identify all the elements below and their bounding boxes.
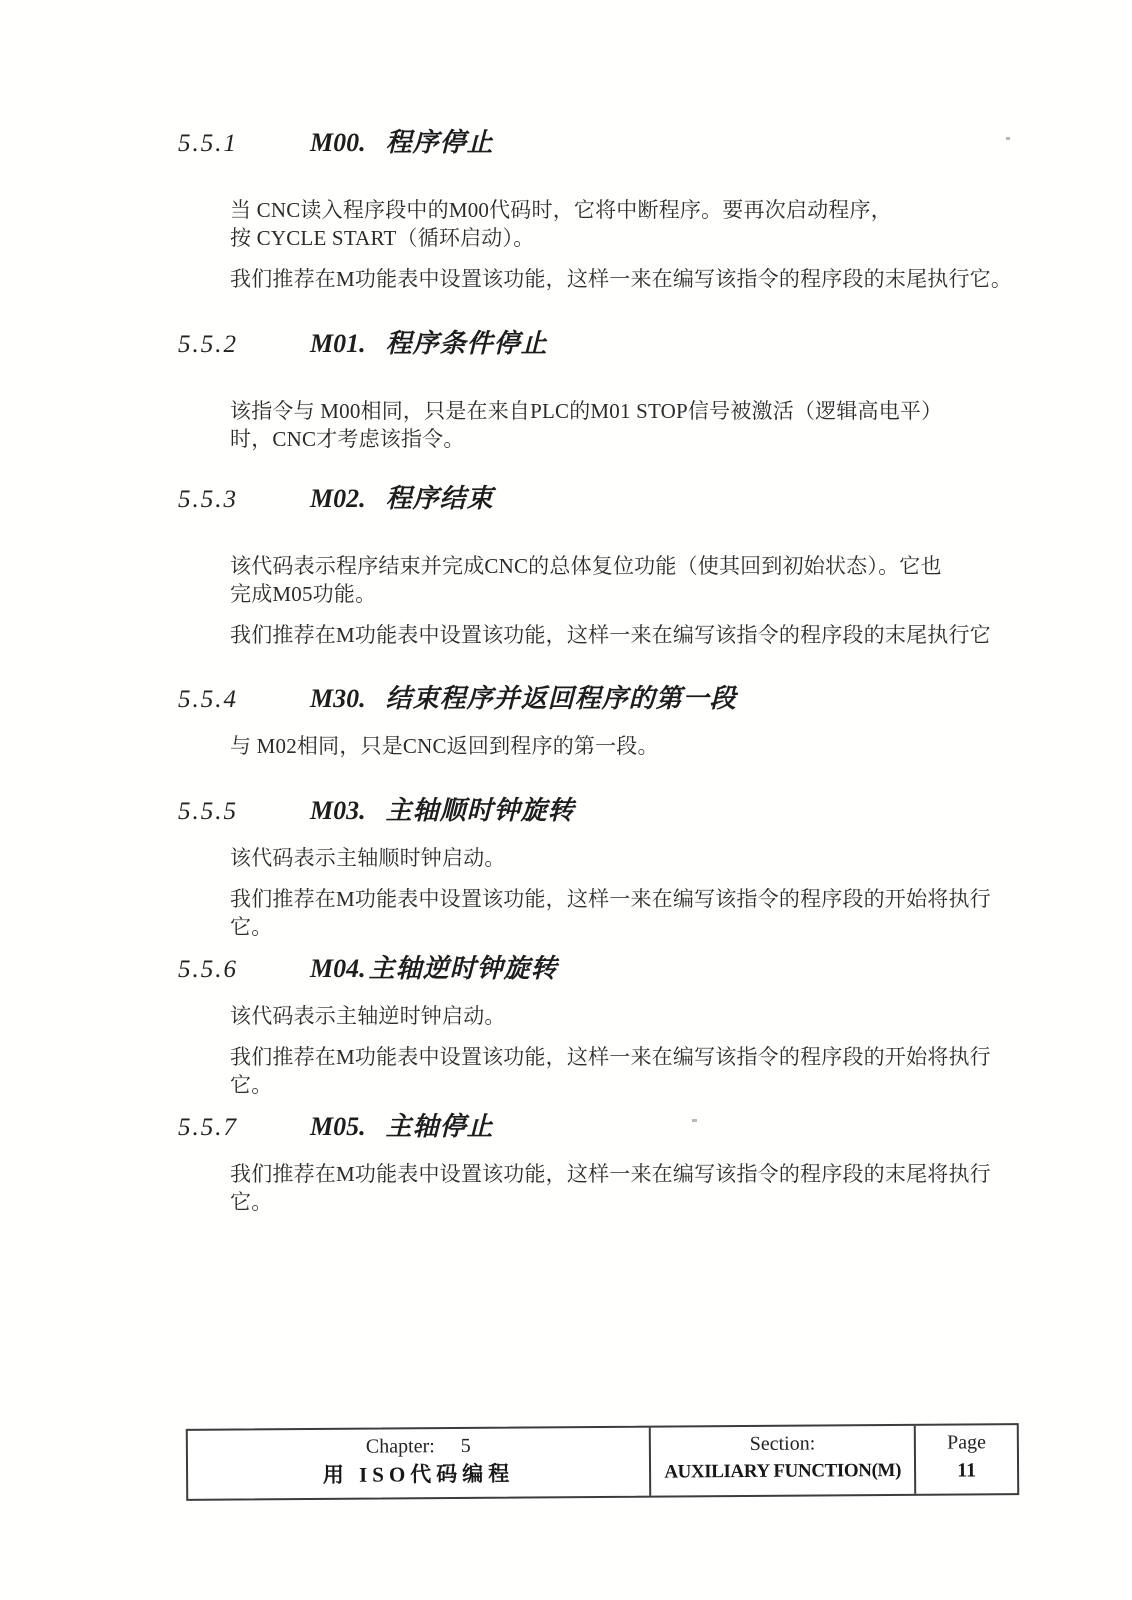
section-title: 主轴逆时钟旋转 <box>369 948 558 985</box>
section-heading: 5.5.1 M00. 程序停止 <box>178 122 1038 159</box>
chapter-title: 用 ISO代码编程 <box>188 1458 649 1491</box>
footer-table: Chapter:5 用 ISO代码编程 Section: AUXILIARY F… <box>186 1423 1019 1501</box>
section-label: Section: <box>651 1431 915 1458</box>
section-number: 5.5.1 <box>178 130 310 158</box>
footer-page-cell: Page 11 <box>914 1425 1017 1494</box>
paragraph: 我们推荐在M功能表中设置该功能，这样一来在编写该指令的程序段的末尾执行它。 <box>230 265 1025 293</box>
paragraph: 该代码表示主轴逆时钟启动。 <box>230 1002 1025 1030</box>
section-5-5-6: 5.5.6 M04. 主轴逆时钟旋转 该代码表示主轴逆时钟启动。 我们推荐在M功… <box>178 948 1038 1112</box>
section-body: 该代码表示主轴逆时钟启动。 我们推荐在M功能表中设置该功能，这样一来在编写该指令… <box>230 1002 1038 1099</box>
footer-chapter-cell: Chapter:5 用 ISO代码编程 <box>188 1428 649 1499</box>
section-title: 程序结束 <box>386 478 494 515</box>
footer-section-cell: Section: AUXILIARY FUNCTION(M) <box>649 1426 915 1496</box>
section-code: M00. <box>310 128 366 158</box>
section-body: 与 M02相同，只是CNC返回到程序的第一段。 <box>230 732 1038 760</box>
paragraph: 该代码表示主轴顺时钟启动。 <box>230 844 1025 872</box>
section-body: 当 CNC读入程序段中的M00代码时，它将中断程序。要再次启动程序， 按 CYC… <box>230 196 1038 293</box>
section-number: 5.5.6 <box>178 956 310 984</box>
paragraph: 我们推荐在M功能表中设置该功能，这样一来在编写该指令的程序段的末尾执行它 <box>230 621 1025 649</box>
section-5-5-4: 5.5.4 M30. 结束程序并返回程序的第一段 与 M02相同，只是CNC返回… <box>178 678 1038 773</box>
section-heading: 5.5.5 M03. 主轴顺时钟旋转 <box>178 790 1038 827</box>
section-number: 5.5.7 <box>178 1114 310 1142</box>
section-5-5-5: 5.5.5 M03. 主轴顺时钟旋转 该代码表示主轴顺时钟启动。 我们推荐在M功… <box>178 790 1038 954</box>
section-5-5-7: 5.5.7 M05. 主轴停止 我们推荐在M功能表中设置该功能，这样一来在编写该… <box>178 1106 1038 1229</box>
section-title: 程序条件停止 <box>386 323 548 360</box>
section-code: M04. <box>310 954 366 984</box>
section-number: 5.5.2 <box>178 331 310 359</box>
chapter-label-row: Chapter:5 <box>188 1433 649 1461</box>
section-heading: 5.5.6 M04. 主轴逆时钟旋转 <box>178 948 1038 985</box>
section-number: 5.5.3 <box>178 486 310 514</box>
section-code: M30. <box>310 684 366 714</box>
section-title: 主轴顺时钟旋转 <box>386 790 575 827</box>
paragraph: 当 CNC读入程序段中的M00代码时，它将中断程序。要再次启动程序， 按 CYC… <box>230 196 1025 252</box>
paragraph: 我们推荐在M功能表中设置该功能，这样一来在编写该指令的程序段的末尾将执行它。 <box>230 1160 1025 1216</box>
paragraph: 该指令与 M00相同，只是在来自PLC的M01 STOP信号被激活（逻辑高电平）… <box>230 397 1025 453</box>
section-heading: 5.5.2 M01. 程序条件停止 <box>178 323 1038 360</box>
section-title: 程序停止 <box>386 122 494 159</box>
page-label: Page <box>916 1430 1017 1456</box>
section-5-5-2: 5.5.2 M01. 程序条件停止 该指令与 M00相同，只是在来自PLC的M0… <box>178 323 1038 466</box>
section-heading: 5.5.3 M02. 程序结束 <box>178 478 1038 515</box>
section-code: M05. <box>310 1112 366 1142</box>
section-heading: 5.5.4 M30. 结束程序并返回程序的第一段 <box>178 678 1038 715</box>
section-code: M01. <box>310 329 366 359</box>
section-5-5-1: 5.5.1 M00. 程序停止 当 CNC读入程序段中的M00代码时，它将中断程… <box>178 122 1038 306</box>
section-body: 该代码表示主轴顺时钟启动。 我们推荐在M功能表中设置该功能，这样一来在编写该指令… <box>230 844 1038 941</box>
paragraph: 我们推荐在M功能表中设置该功能，这样一来在编写该指令的程序段的开始将执行它。 <box>230 885 1025 941</box>
section-title: 主轴停止 <box>386 1106 494 1143</box>
paragraph: 与 M02相同，只是CNC返回到程序的第一段。 <box>230 732 1025 760</box>
section-number: 5.5.4 <box>178 686 310 714</box>
document-page: 5.5.1 M00. 程序停止 当 CNC读入程序段中的M00代码时，它将中断程… <box>0 0 1132 1600</box>
section-5-5-3: 5.5.3 M02. 程序结束 该代码表示程序结束并完成CNC的总体复位功能（使… <box>178 478 1038 662</box>
scan-artifact <box>1006 137 1010 140</box>
section-value: AUXILIARY FUNCTION(M) <box>651 1456 915 1488</box>
section-heading: 5.5.7 M05. 主轴停止 <box>178 1106 1038 1143</box>
chapter-number: 5 <box>461 1435 471 1457</box>
section-body: 该指令与 M00相同，只是在来自PLC的M01 STOP信号被激活（逻辑高电平）… <box>230 397 1038 453</box>
page-number: 11 <box>916 1455 1017 1486</box>
paragraph: 我们推荐在M功能表中设置该功能，这样一来在编写该指令的程序段的开始将执行它。 <box>230 1043 1025 1099</box>
section-number: 5.5.5 <box>178 798 310 826</box>
section-code: M02. <box>310 484 366 514</box>
paragraph: 该代码表示程序结束并完成CNC的总体复位功能（使其回到初始状态）。它也 完成M0… <box>230 552 1025 608</box>
chapter-label: Chapter: <box>366 1435 435 1457</box>
scan-artifact <box>692 1119 697 1122</box>
section-body: 我们推荐在M功能表中设置该功能，这样一来在编写该指令的程序段的末尾将执行它。 <box>230 1160 1038 1216</box>
section-code: M03. <box>310 796 366 826</box>
section-title: 结束程序并返回程序的第一段 <box>386 678 737 715</box>
section-body: 该代码表示程序结束并完成CNC的总体复位功能（使其回到初始状态）。它也 完成M0… <box>230 552 1038 649</box>
